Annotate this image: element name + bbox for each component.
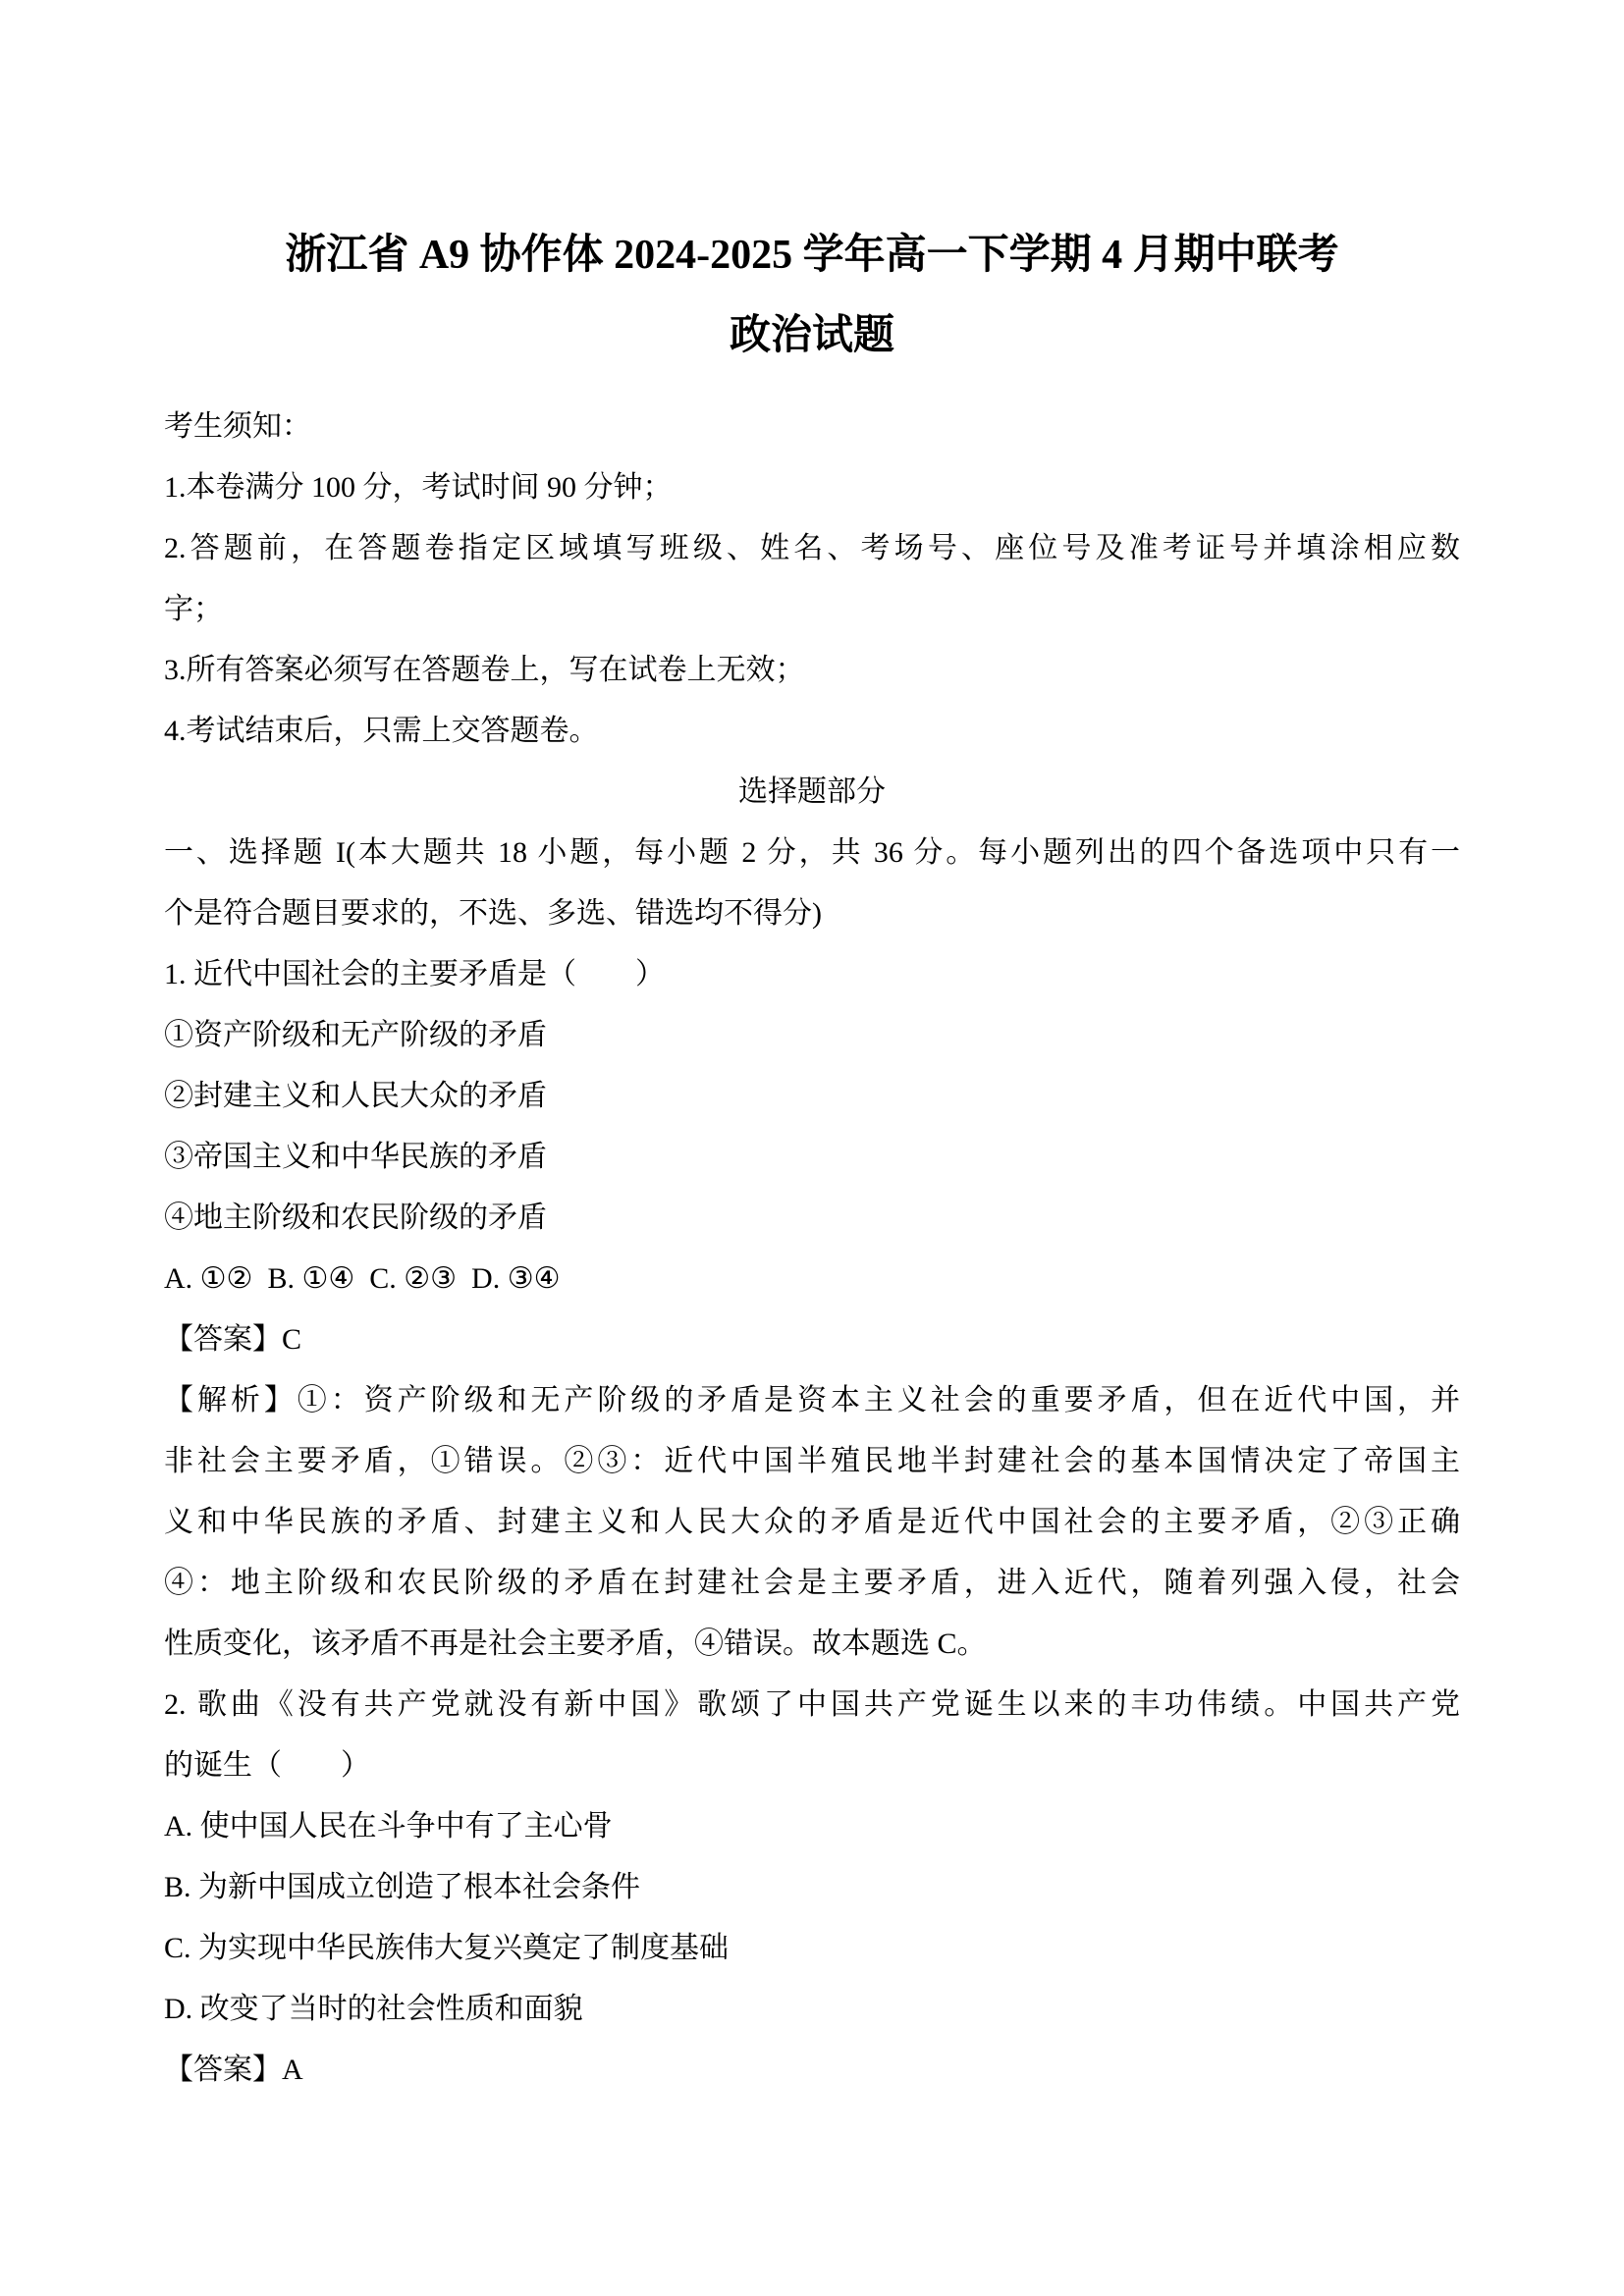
q1-options-line: A. ①② B. ①④ C. ②③ D. ③④: [164, 1249, 1460, 1309]
q1-analysis-line: 【解析】①：资产阶级和无产阶级的矛盾是资本主义社会的重要矛盾，但在近代中国，并: [164, 1370, 1460, 1431]
q2-option: C. 为实现中华民族伟大复兴奠定了制度基础: [164, 1918, 1460, 1979]
q1-item: ①资产阶级和无产阶级的矛盾: [164, 1005, 1460, 1066]
q1-analysis-line: 非社会主要矛盾，①错误。②③：近代中国半殖民地半封建社会的基本国情决定了帝国主: [164, 1431, 1460, 1492]
q1-analysis-line: 义和中华民族的矛盾、封建主义和人民大众的矛盾是近代中国社会的主要矛盾，②③正确: [164, 1492, 1460, 1553]
q1-item: ④地主阶级和农民阶级的矛盾: [164, 1188, 1460, 1249]
section-instructions-line: 个是符合题目要求的，不选、多选、错选均不得分): [164, 883, 1460, 944]
notice-line: 1.本卷满分 100 分，考试时间 90 分钟；: [164, 457, 1460, 518]
section-part-heading: 选择题部分: [164, 762, 1460, 823]
notice-line: 3.所有答案必须写在答题卷上，写在试卷上无效；: [164, 640, 1460, 701]
notice-line: 4.考试结束后，只需上交答题卷。: [164, 701, 1460, 762]
q1-item: ②封建主义和人民大众的矛盾: [164, 1066, 1460, 1127]
exam-paper-page: 浙江省 A9 协作体 2024-2025 学年高一下学期 4 月期中联考 政治试…: [0, 0, 1624, 2296]
doc-title: 浙江省 A9 协作体 2024-2025 学年高一下学期 4 月期中联考: [164, 224, 1460, 287]
notice-line: 2.答题前，在答题卷指定区域填写班级、姓名、考场号、座位号及准考证号并填涂相应数: [164, 518, 1460, 579]
doc-subtitle: 政治试题: [164, 304, 1460, 367]
notice-heading: 考生须知：: [164, 397, 1460, 457]
q1-analysis-line: 性质变化，该矛盾不再是社会主要矛盾，④错误。故本题选 C。: [164, 1614, 1460, 1675]
q1-analysis-line: ④：地主阶级和农民阶级的矛盾在封建社会是主要矛盾，进入近代，随着列强入侵，社会: [164, 1553, 1460, 1614]
q2-option: D. 改变了当时的社会性质和面貌: [164, 1979, 1460, 2040]
q2-stem-line: 2. 歌曲《没有共产党就没有新中国》歌颂了中国共产党诞生以来的丰功伟绩。中国共产…: [164, 1675, 1460, 1735]
q2-option: A. 使中国人民在斗争中有了主心骨: [164, 1796, 1460, 1857]
q1-answer: 【答案】C: [164, 1309, 1460, 1370]
q2-option: B. 为新中国成立创造了根本社会条件: [164, 1857, 1460, 1918]
q2-stem-line: 的诞生（ ）: [164, 1735, 1460, 1796]
section-instructions-line: 一、选择题 I(本大题共 18 小题，每小题 2 分，共 36 分。每小题列出的…: [164, 823, 1460, 883]
q2-answer: 【答案】A: [164, 2040, 1460, 2101]
q1-item: ③帝国主义和中华民族的矛盾: [164, 1127, 1460, 1188]
page-content: 浙江省 A9 协作体 2024-2025 学年高一下学期 4 月期中联考 政治试…: [164, 224, 1460, 2101]
q1-stem: 1. 近代中国社会的主要矛盾是（ ）: [164, 944, 1460, 1005]
notice-line-continuation: 字；: [164, 579, 1460, 640]
